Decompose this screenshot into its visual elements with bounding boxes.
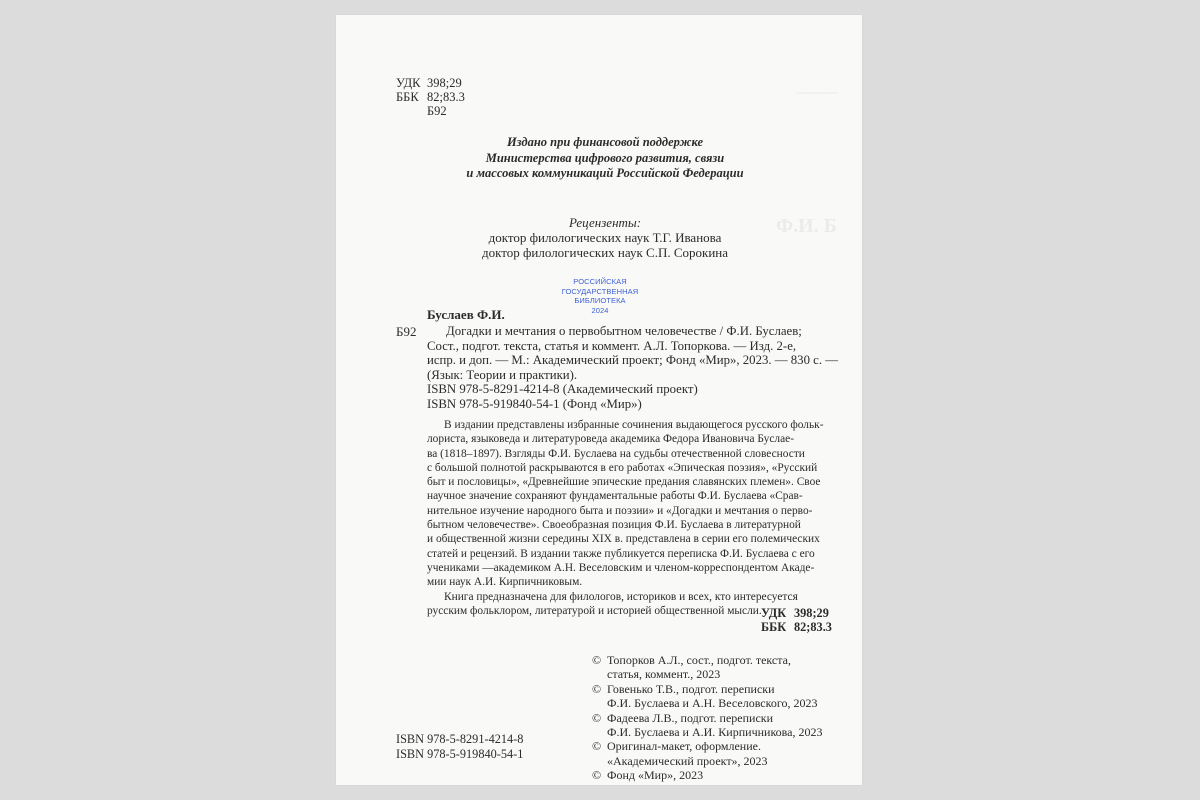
annotation-line: мии наук А.И. Кирпичниковым. [427,575,819,589]
classification-top: УДК 398;29 ББК 82;83.3 Б92 [396,76,465,118]
annotation-line: ва (1818–1897). Взгляды Ф.И. Буслаева на… [427,447,819,461]
funding-line: Издано при финансовой поддержке [348,135,862,151]
annotation-line: В издании представлены избранные сочинен… [427,418,819,432]
copyright-icon: © [592,653,607,667]
annotation: В издании представлены избранные сочинен… [427,418,819,618]
annotation-line: быт и пословицы», «Древнейшие эпические … [427,475,819,489]
udk-label: УДК [761,606,794,620]
copyright-item: ©Оригинал-макет, оформление. «Академичес… [592,739,823,768]
copyright-text: Топорков А.Л., сост., подгот. текста, [607,653,791,667]
copyright-text: Оригинал-макет, оформление. [607,739,761,753]
copyright-text: Ф.И. Буслаева и А.И. Кирпичникова, 2023 [592,725,823,739]
copyright-item: ©Фонд «Мир», 2023 [592,768,823,782]
stamp-line: ГОСУДАРСТВЕННАЯ [550,287,650,297]
isbn-line: ISBN 978-5-919840-54-1 (Фонд «Мир») [427,397,698,412]
copyright-icon: © [592,711,607,725]
author-mark: Б92 [396,104,465,118]
copyright-text: Фонд «Мир», 2023 [607,768,703,782]
copyright-icon: © [592,739,607,753]
udk-label: УДК [396,76,427,90]
bbk-value: 82;83.3 [427,90,465,104]
reviewer-line: доктор филологических наук Т.Г. Иванова [348,230,862,245]
copyright-item: ©Фадеева Л.В., подгот. переписки Ф.И. Бу… [592,711,823,740]
reviewers-block: Рецензенты: доктор филологических наук Т… [336,215,862,260]
funding-line: и массовых коммуникаций Российской Федер… [348,166,862,182]
isbn-line: ISBN 978-5-8291-4214-8 (Академический пр… [427,382,698,397]
bbk-value: 82;83.3 [794,620,832,634]
annotation-line: с большой полнотой раскрываются в его ра… [427,461,819,475]
record-isbn-list: ISBN 978-5-8291-4214-8 (Академический пр… [427,382,698,411]
record-code: Б92 [396,324,416,340]
reviewers-title: Рецензенты: [348,215,862,230]
bbk-label: ББК [761,620,794,634]
bbk-label: ББК [396,90,427,104]
isbn-bottom: ISBN 978-5-8291-4214-8 ISBN 978-5-919840… [396,732,523,761]
copyright-text: Говенько Т.В., подгот. переписки [607,682,775,696]
copyright-icon: © [592,682,607,696]
record-line: Догадки и мечтания о первобытном человеч… [427,324,819,339]
record-line: Сост., подгот. текста, статья и коммент.… [427,339,819,354]
copyright-item: ©Говенько Т.В., подгот. переписки Ф.И. Б… [592,682,823,711]
annotation-line: научное значение сохраняют фундаментальн… [427,489,819,503]
funding-line: Министерства цифрового развития, связи [348,151,862,167]
record-author: Буслаев Ф.И. [427,307,505,323]
copyright-text: Ф.И. Буслаева и А.Н. Веселовского, 2023 [592,696,823,710]
isbn-line: ISBN 978-5-919840-54-1 [396,747,523,762]
record-line: испр. и доп. — М.: Академический проект;… [427,353,819,368]
record-line: (Язык: Теории и практики). [427,368,819,383]
copyright-block: ©Топорков А.Л., сост., подгот. текста, с… [592,653,823,783]
funding-notice: Издано при финансовой поддержке Министер… [336,135,862,182]
isbn-line: ISBN 978-5-8291-4214-8 [396,732,523,747]
annotation-line: учениками —академиком А.Н. Веселовским и… [427,561,819,575]
annotation-line: и общественной жизни середины XIX в. пре… [427,532,819,546]
annotation-line: бытном человечестве». Своеобразная позиц… [427,518,819,532]
book-imprint-page: ——— Ф.И. Б УДК 398;29 ББК 82;83.3 Б92 Из… [336,15,862,785]
annotation-line: статей и рецензий. В издании также публи… [427,547,819,561]
classification-bottom: УДК 398;29 ББК 82;83.3 [761,606,832,634]
record-description: Догадки и мечтания о первобытном человеч… [427,324,819,382]
copyright-text: «Академический проект», 2023 [592,754,823,768]
reviewer-line: доктор филологических наук С.П. Сорокина [348,245,862,260]
show-through-text: ——— [796,85,838,101]
udk-value: 398;29 [794,606,829,620]
copyright-text: статья, коммент., 2023 [592,667,823,681]
stamp-line: РОССИЙСКАЯ [550,277,650,287]
copyright-text: Фадеева Л.В., подгот. переписки [607,711,773,725]
annotation-line: Книга предназначена для филологов, истор… [427,590,819,604]
copyright-icon: © [592,768,607,782]
annotation-line: лориста, языковеда и литературоведа акад… [427,432,819,446]
stamp-line: БИБЛИОТЕКА [550,296,650,306]
udk-value: 398;29 [427,76,462,90]
library-stamp: РОССИЙСКАЯ ГОСУДАРСТВЕННАЯ БИБЛИОТЕКА 20… [550,277,650,315]
stamp-line: 2024 [550,306,650,316]
annotation-line: нительное изучение народного быта и поэз… [427,504,819,518]
copyright-item: ©Топорков А.Л., сост., подгот. текста, с… [592,653,823,682]
